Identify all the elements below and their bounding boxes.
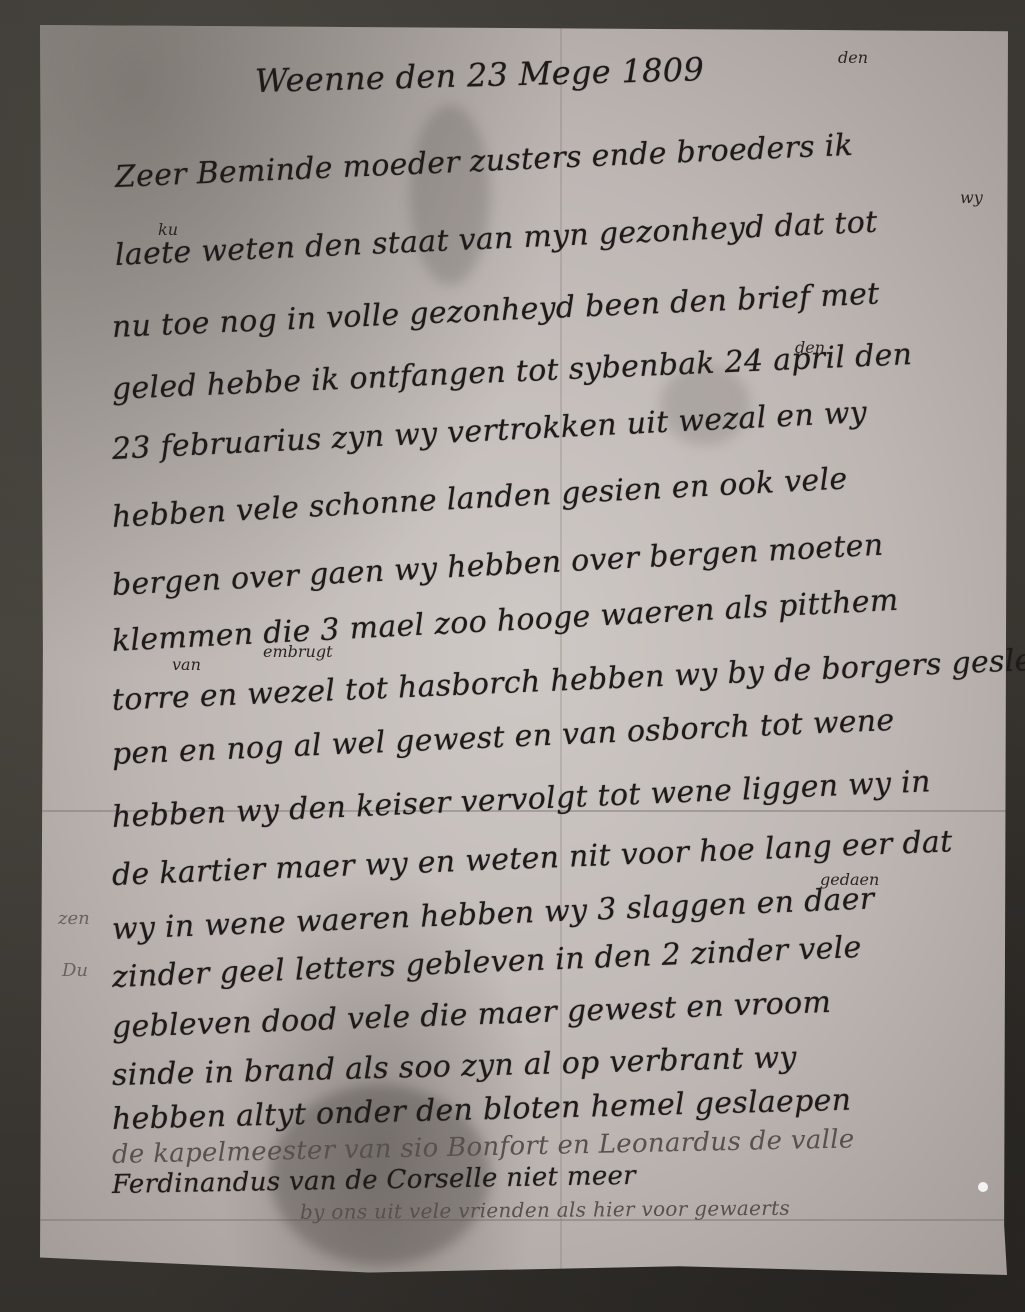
margin-note: Du: [62, 960, 88, 981]
interlinear-insert: wy: [960, 188, 983, 207]
interlinear-insert: ku: [158, 220, 178, 239]
margin-note: zen: [58, 908, 90, 929]
paper-fold-line: [560, 25, 562, 1275]
heading-superscript: den: [838, 48, 868, 67]
interlinear-insert: den: [795, 338, 825, 357]
interlinear-insert: embrugt: [263, 642, 333, 661]
photo-speck: [978, 1182, 988, 1192]
interlinear-insert: van: [172, 655, 201, 674]
interlinear-insert: gedaen: [820, 870, 879, 889]
letter-line-20: by ons uit vele vrienden als hier voor g…: [300, 1196, 790, 1224]
